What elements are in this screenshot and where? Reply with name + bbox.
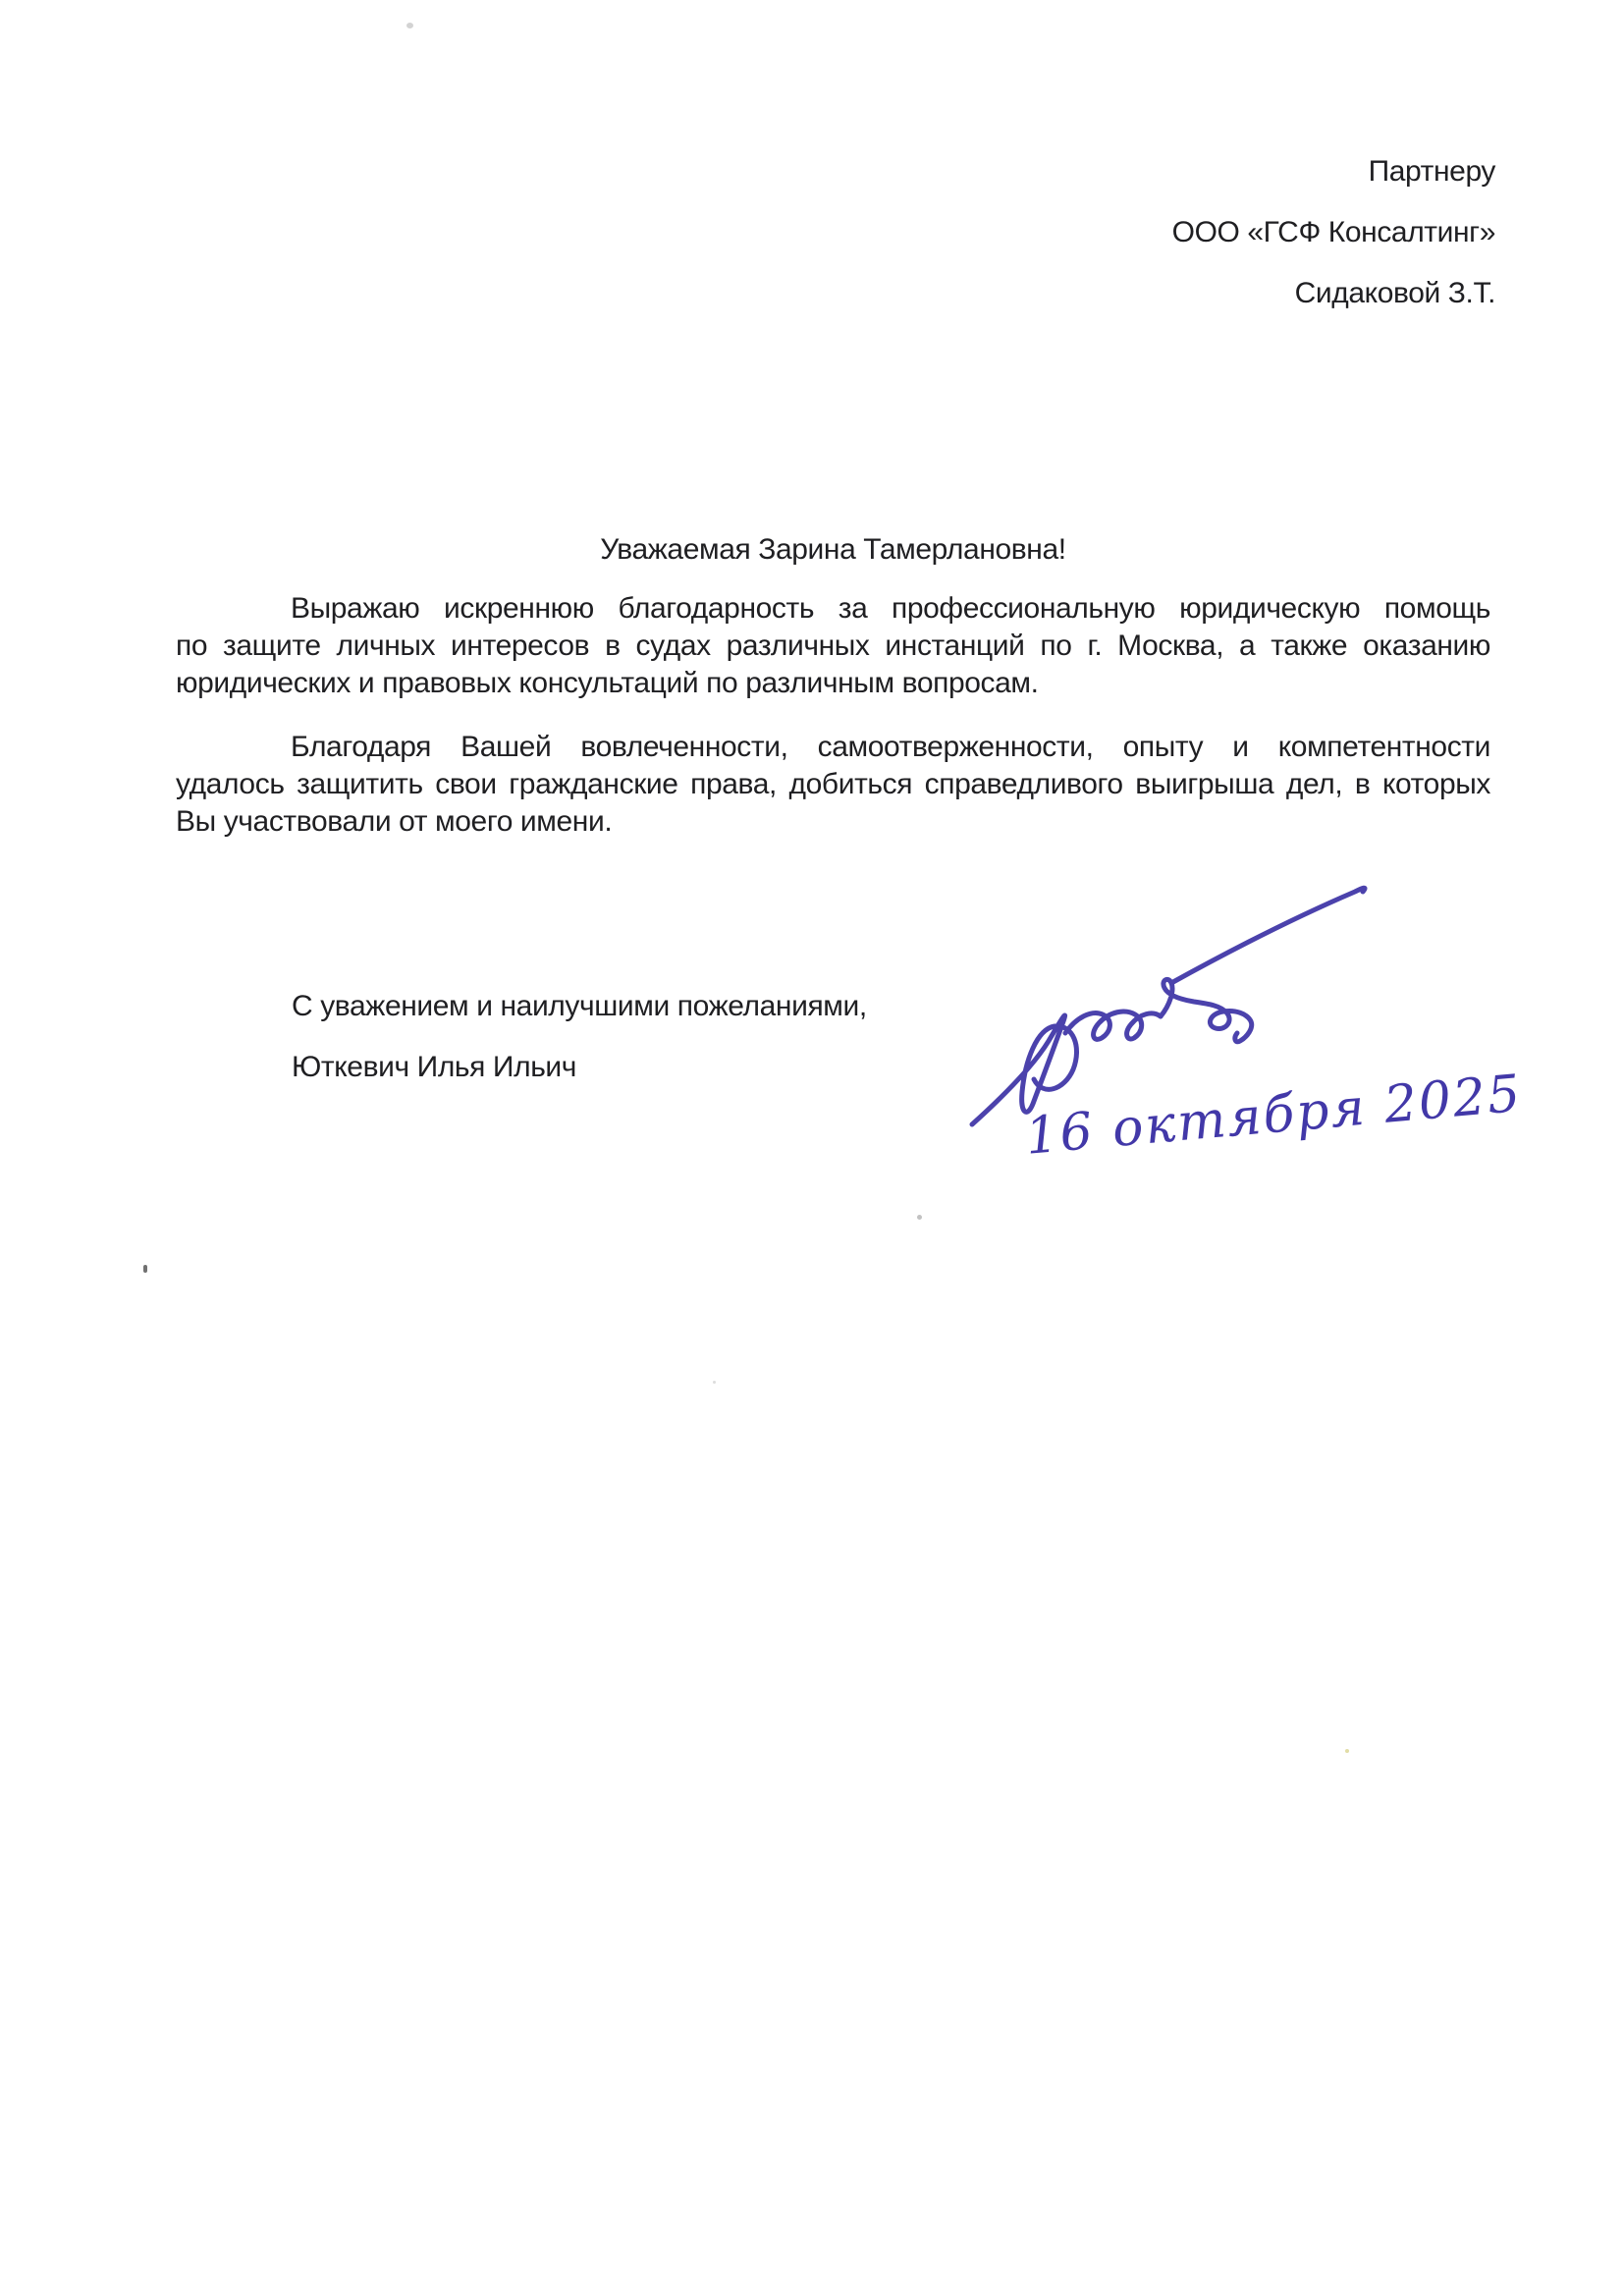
paragraph-1-line-2: по защите личных интересов в судах разли…: [176, 628, 1490, 665]
letter-body: Выражаю искреннюю благодарность за профе…: [176, 590, 1490, 867]
paragraph-2-line-2: удалось защитить свои гражданские права,…: [176, 766, 1490, 803]
scan-speck: [143, 1265, 147, 1273]
recipient-block: Партнеру ООО «ГСФ Консалтинг» Сидаковой …: [1172, 153, 1495, 336]
salutation: Уважаемая Зарина Тамерлановна!: [176, 531, 1490, 569]
recipient-company: ООО «ГСФ Консалтинг»: [1172, 214, 1495, 251]
scan-speck: [917, 1215, 922, 1220]
scan-speck: [1345, 1749, 1349, 1753]
paragraph-1-line-1: Выражаю искреннюю благодарность за профе…: [176, 590, 1490, 628]
signature-stroke-icon: [943, 874, 1512, 1267]
paragraph-2-line-1: Благодаря Вашей вовлеченности, самоотвер…: [176, 729, 1490, 766]
scan-speck: [406, 23, 413, 28]
signature-area: 16 октября 2025: [943, 874, 1512, 1267]
paragraph-1: Выражаю искреннюю благодарность за профе…: [176, 590, 1490, 702]
letter-page: Партнеру ООО «ГСФ Консалтинг» Сидаковой …: [0, 0, 1623, 2296]
recipient-person: Сидаковой З.Т.: [1172, 275, 1495, 312]
paragraph-1-line-3: юридических и правовых консультаций по р…: [176, 665, 1490, 702]
paragraph-2: Благодаря Вашей вовлеченности, самоотвер…: [176, 729, 1490, 841]
scan-speck: [713, 1381, 716, 1384]
paragraph-2-line-3: Вы участвовали от моего имени.: [176, 803, 1490, 841]
recipient-role: Партнеру: [1172, 153, 1495, 191]
